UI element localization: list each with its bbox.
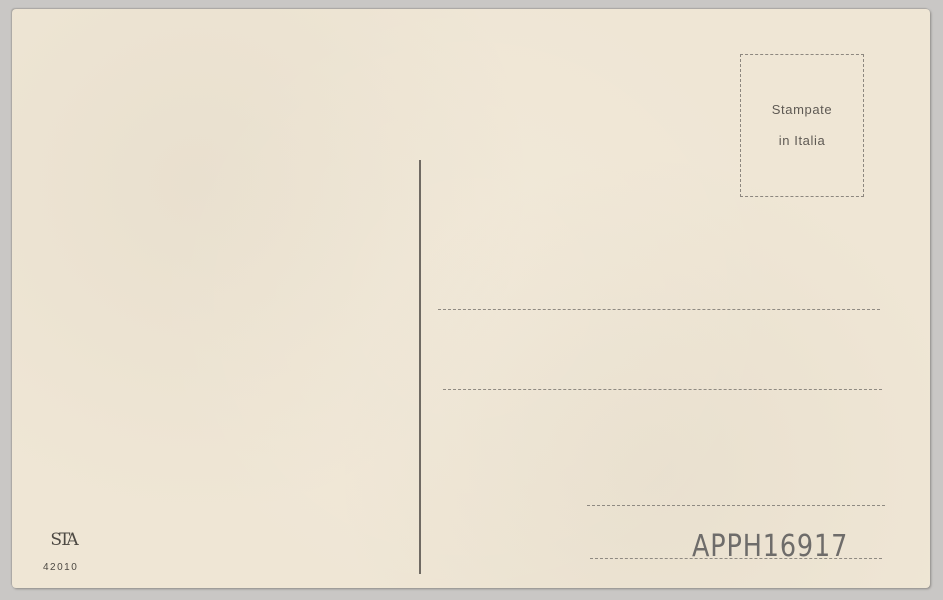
archive-annotation: APPH16917 bbox=[692, 529, 848, 564]
stamp-box: Stampate in Italia bbox=[740, 54, 864, 197]
address-line-3 bbox=[587, 505, 885, 506]
postcard-back: Stampate in Italia STA 42010 APPH16917 bbox=[12, 9, 930, 588]
vertical-divider bbox=[419, 160, 421, 574]
stamp-text-line1: Stampate bbox=[741, 102, 863, 117]
stamp-text-line2: in Italia bbox=[741, 133, 863, 148]
publisher-logo-icon: STA bbox=[48, 525, 78, 555]
catalog-number: 42010 bbox=[43, 562, 78, 573]
address-line-1 bbox=[438, 309, 880, 310]
address-line-2 bbox=[443, 389, 882, 390]
